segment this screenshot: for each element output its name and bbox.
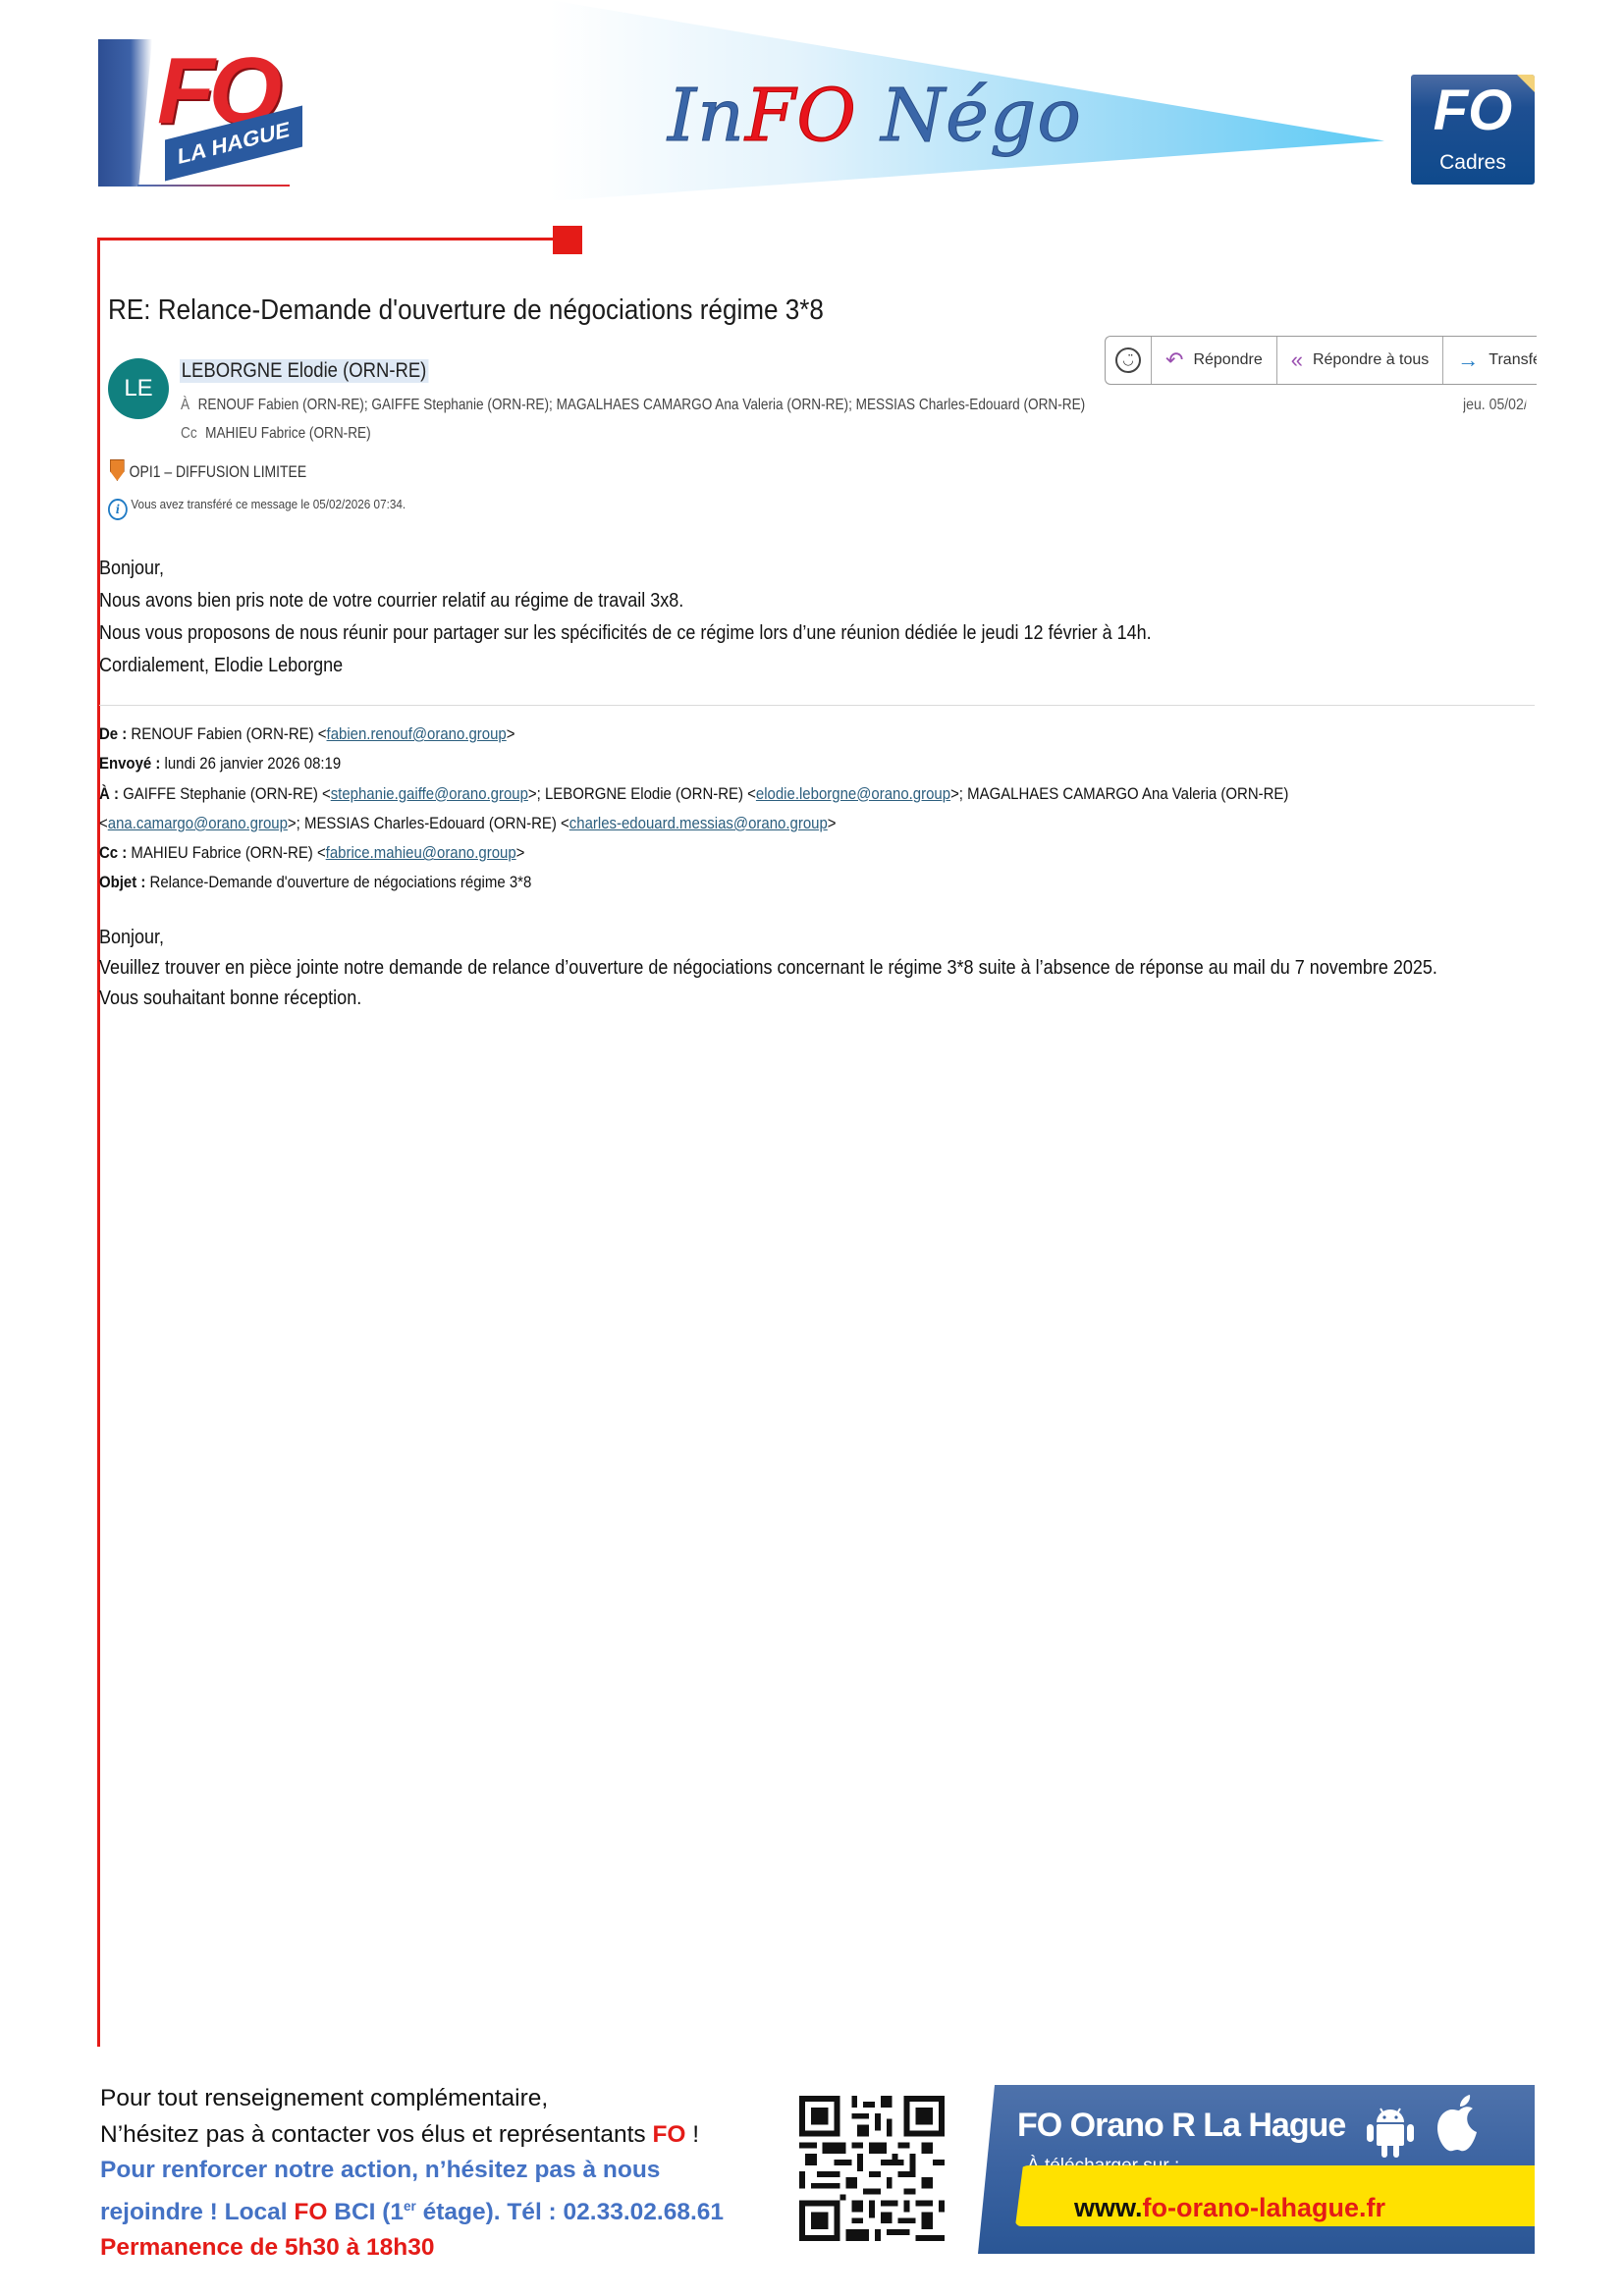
banner-title-prefix: In (668, 74, 745, 158)
forward-arrow-icon: → (1457, 347, 1479, 373)
action-toolbar: ◡̈ ↶Répondre «Répondre à tous →Transfére (1105, 336, 1537, 385)
quoted-body-line: Vous souhaitant bonne réception. (99, 984, 1437, 1014)
footer-fo: FO (294, 2199, 327, 2225)
footer-line-4-mid: BCI (1 (327, 2199, 404, 2225)
info-icon: i (108, 499, 128, 520)
sensitivity-label[interactable]: OPI1 – DIFFUSION LIMITEE (110, 459, 306, 482)
to-recipients[interactable]: RENOUF Fabien (ORN-RE); GAIFFE Stephanie… (198, 397, 1086, 413)
quoted-subject: Objet : Relance-Demande d'ouverture de n… (99, 868, 1288, 897)
reply-button[interactable]: ↶Répondre (1152, 337, 1277, 384)
to-email-link[interactable]: ana.camargo@orano.group (108, 814, 288, 832)
sent-date: lundi 26 janvier 2026 08:19 (165, 754, 342, 773)
reply-icon: ↶ (1165, 347, 1183, 373)
banner-title: InFO Négo (668, 74, 1082, 158)
sender-name[interactable]: LEBORGNE Elodie (ORN-RE) (180, 359, 428, 383)
android-icon[interactable] (1365, 2103, 1416, 2160)
quoted-body-line: Bonjour, (99, 923, 1437, 953)
quoted-to-line2: <ana.camargo@orano.group>; MESSIAS Charl… (99, 809, 1288, 838)
quoted-cc: Cc : MAHIEU Fabrice (ORN-RE) <fabrice.ma… (99, 838, 1288, 868)
footer-line-2-text: N’hésitez pas à contacter vos élus et re… (100, 2121, 652, 2148)
forward-label: Transfére (1489, 351, 1537, 369)
body-line: Nous vous proposons de nous réunir pour … (99, 617, 1152, 650)
footer-fo: FO (652, 2121, 685, 2148)
quoted-subject-text: Relance-Demande d'ouverture de négociati… (150, 873, 532, 891)
body-line: Cordialement, Elodie Leborgne (99, 650, 1152, 682)
footer-line-5: Permanence de 5h30 à 18h30 (100, 2230, 724, 2267)
footer-phone: étage). Tél : 02.33.02.68.61 (416, 2199, 724, 2225)
react-button[interactable]: ◡̈ (1106, 337, 1152, 384)
email-date: jeu. 05/02/ (1463, 397, 1526, 414)
from-name: RENOUF Fabien (ORN-RE) (131, 724, 313, 743)
quoted-to-line1: À : GAIFFE Stephanie (ORN-RE) <stephanie… (99, 779, 1288, 809)
apple-icon[interactable] (1434, 2093, 1485, 2156)
reply-all-icon: « (1291, 347, 1303, 373)
footer-contact: Pour tout renseignement complémentaire, … (100, 2081, 724, 2267)
subject-label: Objet : (99, 873, 145, 891)
banner-title-suffix: Négo (857, 74, 1082, 158)
fo-la-hague-logo: FO LA HAGUE (98, 39, 314, 188)
logo-underline (137, 185, 290, 187)
cc-recipients[interactable]: MAHIEU Fabrice (ORN-RE) (205, 425, 370, 442)
reply-all-button[interactable]: «Répondre à tous (1277, 337, 1444, 384)
sensitivity-text: OPI1 – DIFFUSION LIMITEE (130, 462, 306, 481)
to-label: À (181, 397, 189, 413)
reply-label: Répondre (1193, 351, 1262, 369)
body-line: Nous avons bien pris note de votre courr… (99, 585, 1152, 617)
forward-button[interactable]: →Transfére (1443, 337, 1537, 384)
qr-code[interactable] (793, 2096, 950, 2241)
footer-line-2-end: ! (685, 2121, 699, 2148)
from-label: De : (99, 724, 127, 743)
body-line: Bonjour, (99, 553, 1152, 585)
banner-title-fo: FO (745, 74, 857, 158)
email-subject: RE: Relance-Demande d'ouverture de négoc… (108, 294, 824, 327)
recipients-cc: CcMAHIEU Fabrice (ORN-RE) (181, 425, 371, 443)
email-body: Bonjour, Nous avons bien pris note de vo… (99, 553, 1269, 682)
url-domain: fo-orano-lahague.fr (1143, 2193, 1386, 2222)
footer-sup: er (404, 2199, 416, 2214)
quoted-body-line: Veuillez trouver en pièce jointe notre d… (99, 953, 1437, 984)
url-prefix: www. (1074, 2193, 1143, 2222)
quoted-to-label: À : (99, 784, 119, 803)
quoted-header: De : RENOUF Fabien (ORN-RE) <fabien.reno… (99, 720, 1451, 898)
cadres-fo-mark: FO (1411, 82, 1535, 139)
red-frame-square (553, 226, 582, 254)
to-email-link[interactable]: stephanie.gaiffe@orano.group (331, 784, 528, 803)
to-name: MESSIAS Charles-Edouard (ORN-RE) (304, 814, 557, 832)
cadres-label: Cadres (1411, 151, 1535, 175)
quote-divider (99, 705, 1535, 706)
website-link[interactable]: www.fo-orano-lahague.fr (1074, 2193, 1385, 2223)
avatar[interactable]: LE (108, 358, 169, 419)
app-title: FO Orano R La Hague (1017, 2107, 1345, 2145)
to-email-link[interactable]: charles-edouard.messias@orano.group (569, 814, 828, 832)
sent-label: Envoyé : (99, 754, 160, 773)
shield-icon (110, 459, 125, 481)
footer-line-4: rejoindre ! Local FO BCI (1er étage). Té… (100, 2189, 724, 2231)
from-email-link[interactable]: fabien.renouf@orano.group (327, 724, 507, 743)
fo-cadres-logo: FO Cadres (1411, 75, 1535, 185)
reply-all-label: Répondre à tous (1313, 351, 1429, 369)
action-toolbar-clip: ◡̈ ↶Répondre «Répondre à tous →Transfére (1105, 324, 1537, 393)
footer-line-2: N’hésitez pas à contacter vos élus et re… (100, 2117, 724, 2154)
quoted-body: Bonjour, Veuillez trouver en pièce joint… (99, 923, 1586, 1014)
forward-notice: iVous avez transféré ce message le 05/02… (108, 497, 406, 520)
red-frame-vertical (97, 238, 100, 2047)
to-name: GAIFFE Stephanie (ORN-RE) (123, 784, 318, 803)
logo-bar (98, 39, 152, 187)
footer-line-1: Pour tout renseignement complémentaire, (100, 2081, 724, 2117)
recipients-to: ÀRENOUF Fabien (ORN-RE); GAIFFE Stephani… (181, 397, 1085, 414)
footer-line-4-text: rejoindre ! Local (100, 2199, 294, 2225)
cc-name: MAHIEU Fabrice (ORN-RE) (131, 843, 312, 862)
smiley-icon: ◡̈ (1115, 347, 1141, 373)
red-frame-horizontal (97, 238, 555, 240)
cc-email-link[interactable]: fabrice.mahieu@orano.group (326, 843, 516, 862)
to-name: LEBORGNE Elodie (ORN-RE) (545, 784, 743, 803)
footer-line-3: Pour renforcer notre action, n’hésitez p… (100, 2153, 724, 2189)
forward-notice-text: Vous avez transféré ce message le 05/02/… (131, 497, 406, 511)
to-name: MAGALHAES CAMARGO Ana Valeria (ORN-RE) (967, 784, 1288, 803)
cc-label: Cc (181, 425, 197, 442)
to-email-link[interactable]: elodie.leborgne@orano.group (756, 784, 950, 803)
quoted-from: De : RENOUF Fabien (ORN-RE) <fabien.reno… (99, 720, 1288, 749)
quoted-cc-label: Cc : (99, 843, 127, 862)
quoted-sent: Envoyé : lundi 26 janvier 2026 08:19 (99, 749, 1288, 778)
